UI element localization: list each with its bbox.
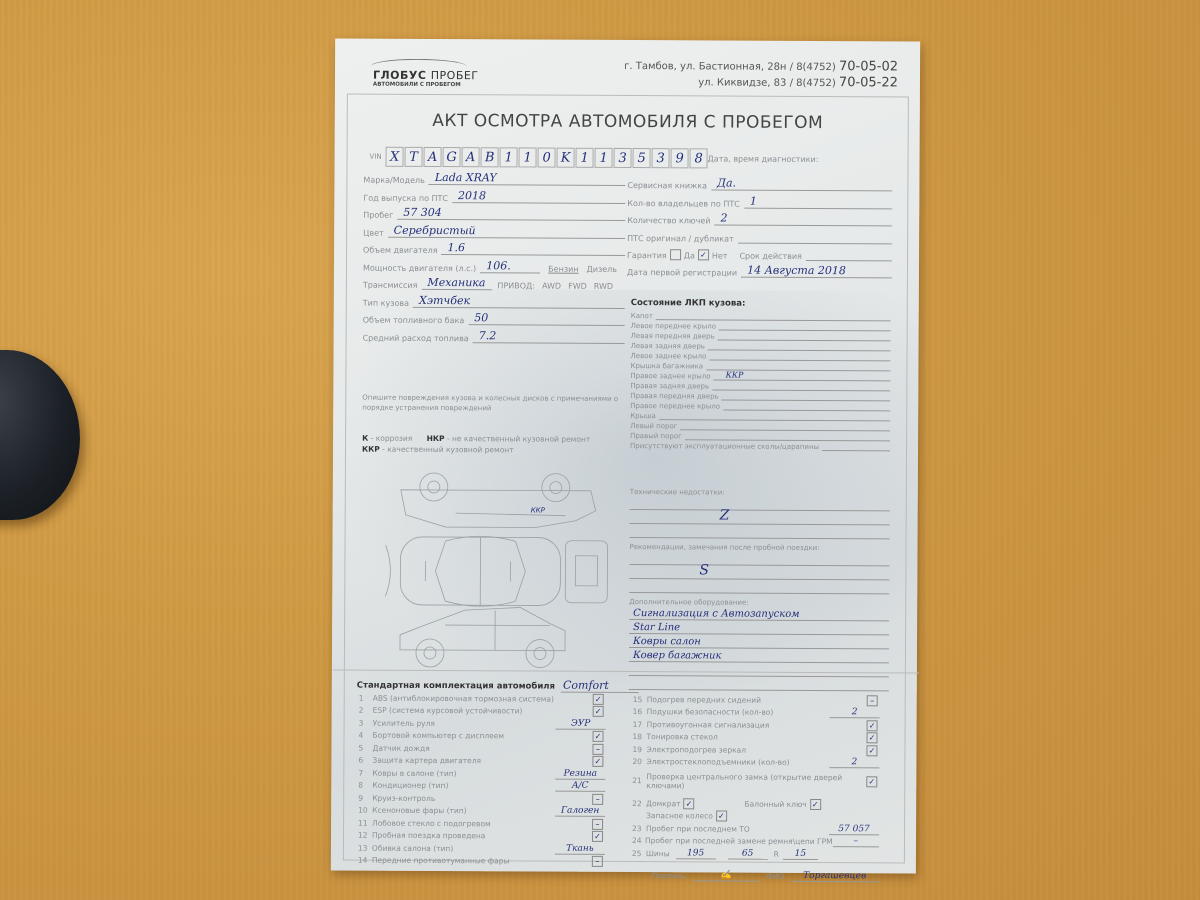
logo-name-bold: ГЛОБУС — [373, 69, 427, 82]
item-checkbox[interactable]: – — [592, 744, 603, 755]
item-label: Бортовой компьютер с дисплеем — [373, 731, 590, 741]
contact-phone-2: 70-05-22 — [839, 75, 898, 90]
item-label: ABS (антиблокировочная тормозная система… — [373, 693, 590, 703]
vehicle-info-right: Сервисная книжкаДа.Кол-во владельцев по … — [348, 95, 908, 98]
extra-equipment-line[interactable]: Сигнализация с Автозапуском — [629, 606, 889, 621]
field-value: 106. — [480, 259, 511, 272]
extra-equipment-line[interactable]: Star Line — [629, 620, 889, 635]
item-label: Передние противотуманные фары — [372, 856, 589, 866]
paint-item: Правое заднее крылоККР — [630, 370, 890, 381]
item-checkbox[interactable]: ✓ — [592, 831, 603, 842]
fio-label: ФИО — [767, 872, 785, 881]
item-value[interactable]: A/C — [555, 781, 605, 792]
tire-width[interactable]: 195 — [676, 848, 716, 859]
field-label: Марка/Модель — [363, 176, 424, 185]
field-label: Мощность двигателя (л.с.) — [363, 263, 476, 273]
form-frame: АКТ ОСМОТРА АВТОМОБИЛЯ С ПРОБЕГОМ VIN XT… — [343, 94, 909, 864]
warranty-row: ГарантияДа✓НетСрок действия — [627, 244, 892, 261]
contacts: г. Тамбов, ул. Бастионная, 28н / 8(4752)… — [624, 58, 898, 91]
field-input[interactable]: 2 — [714, 210, 892, 226]
logo-name-regular: ПРОБЕГ — [431, 69, 479, 82]
item-number: 22 — [632, 799, 646, 808]
field-input[interactable]: Да. — [711, 175, 892, 191]
field-value: 50 — [468, 311, 488, 324]
vin-char[interactable]: X — [386, 147, 404, 167]
field-row: ТрансмиссияМеханикаПРИВОД:AWDFWDRWD — [363, 274, 625, 291]
item-label: Тонировка стекол — [647, 732, 864, 742]
field-label: Средний расход топлива — [363, 333, 469, 343]
spare-wheel-label: Запасное колесо — [646, 811, 713, 820]
extra-equipment-line[interactable]: Ковер багажник — [629, 648, 889, 663]
field-value: Да. — [711, 176, 736, 189]
vin-char[interactable]: 1 — [595, 148, 613, 168]
extra-equipment: Дополнительное оборудование: Сигнализаци… — [629, 598, 889, 691]
vin-char[interactable]: A — [424, 147, 442, 167]
drive-label: ПРИВОД: — [497, 281, 535, 290]
tire-r-label: R — [774, 850, 779, 859]
warranty-term-input[interactable] — [806, 246, 892, 261]
recommendations-label: Рекомендации, замечания после пробной по… — [630, 543, 890, 552]
field-input[interactable]: Серебристый — [388, 222, 626, 238]
form-title: АКТ ОСМОТРА АВТОМОБИЛЯ С ПРОБЕГОМ — [348, 111, 908, 134]
vin-char[interactable]: 8 — [690, 148, 708, 168]
item-label: Усилитель руля — [373, 718, 556, 728]
warranty-no-checkbox[interactable]: ✓ — [698, 249, 709, 260]
item-number: 4 — [359, 731, 373, 740]
field-value: 7.2 — [473, 329, 497, 342]
paint-item-label: Крыша — [630, 412, 656, 420]
item-label: Пробег при последнем ТО — [646, 824, 829, 834]
field-label: Тип кузова — [363, 298, 409, 307]
standard-item: 21Проверка центрального замка (открытие … — [632, 768, 887, 794]
field-row: Год выпуска по ПТС2018 — [363, 186, 625, 203]
item-number: 6 — [358, 756, 372, 765]
item-number: 12 — [358, 831, 372, 840]
field-row: Мощность двигателя (л.с.)106.БензинДизел… — [363, 256, 625, 273]
warranty-term-label: Срок действия — [739, 252, 801, 261]
paint-item-label: Левая передняя дверь — [631, 332, 715, 340]
paint-item: Крыша — [630, 410, 890, 421]
standard-list-right: 15Подогрев передних сидений–16Подушки бе… — [632, 693, 888, 794]
paint-item-label: Правая задняя дверь — [630, 382, 709, 390]
field-label: Объем топливного бака — [363, 316, 465, 326]
item-checkbox[interactable]: ✓ — [592, 756, 603, 767]
item-number: 13 — [358, 843, 372, 852]
item-value[interactable]: 2 — [830, 707, 880, 718]
item-number: 3 — [359, 718, 373, 727]
field-label: Количество ключей — [627, 216, 710, 225]
vin-char[interactable]: G — [443, 147, 461, 167]
field-value: 2 — [714, 211, 727, 224]
field-value: Lada XRAY — [429, 171, 497, 184]
car-damage-diagram: ККР — [385, 465, 626, 676]
jack-checkbox[interactable]: ✓ — [684, 798, 695, 809]
warranty-label: Гарантия — [627, 251, 667, 260]
item-label: Проверка центрального замка (открытие дв… — [646, 772, 863, 791]
item-label: ESP (система курсовой устойчивости) — [373, 706, 590, 716]
wrench-label: Балонный ключ — [745, 799, 807, 808]
item-number: 14 — [358, 856, 372, 865]
spare-wheel-checkbox[interactable]: ✓ — [716, 811, 727, 822]
paint-item: Правая передняя дверь — [630, 390, 890, 401]
item-checkbox[interactable]: – — [592, 856, 603, 867]
technical-defects-value[interactable]: Z — [630, 510, 890, 525]
field-value: 2018 — [452, 189, 486, 202]
paint-item-input[interactable] — [685, 430, 890, 441]
item-number: 25 — [632, 849, 646, 858]
contact-address-1: г. Тамбов, ул. Бастионная, 28н / 8(4752) — [624, 61, 836, 73]
item-label: Обивка салона (тип) — [372, 843, 555, 853]
item-number: 8 — [358, 781, 372, 790]
item-label: Электростеклоподъемники (кол-во) — [646, 757, 829, 767]
paint-item-label: Правое переднее крыло — [630, 402, 720, 410]
paint-item-label: Капот — [631, 312, 653, 320]
item-label: Круиз-контроль — [372, 793, 589, 803]
field-label: ПТС оригинал / дубликат — [627, 234, 734, 244]
paint-item-label: Присутствуют эксплуатационные сколы/цара… — [630, 442, 819, 451]
item-label: Противоугонная сигнализация — [647, 720, 864, 730]
item-label: Подушки безопасности (кол-во) — [647, 707, 830, 717]
paint-item: Присутствуют эксплуатационные сколы/цара… — [630, 440, 890, 451]
first-registration-label: Дата первой регистрации — [627, 268, 737, 278]
standard-trim-value[interactable]: Comfort — [561, 679, 639, 693]
damage-note: Опишите повреждения кузова и колесных ди… — [362, 393, 624, 414]
item-number: 9 — [358, 793, 372, 802]
field-input[interactable]: 106. — [480, 258, 540, 273]
paint-item: Правая задняя дверь — [630, 380, 890, 391]
paint-item-label: Правый порог — [630, 432, 682, 440]
paint-item: Левая передняя дверь — [631, 330, 891, 341]
item-checkbox[interactable]: – — [867, 695, 878, 706]
vin-char[interactable]: 1 — [500, 147, 518, 167]
wrench-checkbox[interactable]: ✓ — [810, 799, 821, 810]
item-label: Ковры в салоне (тип) — [372, 768, 555, 778]
field-row: Кол-во владельцев по ПТС1 — [627, 192, 892, 209]
warranty-yes-checkbox[interactable] — [670, 249, 681, 260]
logo-subtitle: АВТОМОБИЛИ С ПРОБЕГОМ — [373, 82, 461, 88]
item-checkbox[interactable]: ✓ — [866, 745, 877, 756]
field-value: Хэтчбек — [413, 293, 470, 306]
field-value: Механика — [421, 276, 485, 289]
field-input[interactable]: 1.6 — [442, 240, 626, 256]
item-label: Кондиционер (тип) — [372, 781, 555, 791]
recommendations: Рекомендации, замечания после пробной по… — [629, 543, 889, 594]
item-label: Подогрев передних сидений — [647, 695, 864, 705]
item-number: 2 — [359, 706, 373, 715]
field-input[interactable]: Механика — [421, 275, 491, 290]
item-label: Ксеноновые фары (тип) — [372, 806, 555, 816]
item-checkbox[interactable]: ✓ — [866, 776, 877, 787]
field-input[interactable]: 2018 — [452, 188, 625, 204]
item-value[interactable]: Галоген — [555, 806, 605, 817]
field-row: Средний расход топлива7.2 — [363, 326, 625, 343]
item-value[interactable]: ЭУР — [556, 718, 606, 729]
vin-char[interactable]: 1 — [576, 148, 594, 168]
paint-item-label: Левое переднее крыло — [631, 322, 716, 330]
item-number: 23 — [632, 824, 646, 833]
item-label: Лобовое стекло с подогревом — [372, 818, 589, 828]
technical-defects: Технические недостатки: Z — [630, 488, 890, 539]
field-value: Серебристый — [388, 223, 476, 236]
paint-item: Правый порог — [630, 430, 890, 441]
vin-label: VIN — [370, 153, 382, 161]
item-number: 15 — [633, 695, 647, 704]
paint-item: Капот — [631, 310, 891, 321]
item-label: Электроподогрев зеркал — [646, 745, 863, 755]
paint-item: Левое переднее крыло — [631, 320, 891, 331]
recommendations-value[interactable]: S — [629, 565, 889, 580]
vin-char[interactable]: 9 — [671, 148, 689, 168]
jack-label: Домкрат — [646, 799, 680, 808]
paint-condition-list: КапотЛевое переднее крылоЛевая передняя … — [630, 310, 891, 451]
paint-item: Левый порог — [630, 420, 890, 431]
item-number: 11 — [358, 818, 372, 827]
vin-row: VIN XTAGAB110K1135398 — [370, 147, 709, 169]
vin-char[interactable]: B — [481, 147, 499, 167]
item-number: 16 — [633, 707, 647, 716]
field-value: 1 — [744, 194, 757, 207]
item-number: 21 — [632, 776, 646, 785]
first-registration-input[interactable]: 14 Августа 2018 — [741, 263, 892, 279]
item-label: Пробная поездка проведена — [372, 831, 589, 841]
drive-option[interactable]: RWD — [594, 282, 613, 291]
field-input[interactable] — [738, 228, 893, 244]
paint-item: Левое заднее крыло — [631, 350, 891, 361]
first-registration-row: Дата первой регистрации14 Августа 2018 — [627, 261, 892, 278]
paint-item-label: Крышка багажника — [630, 362, 703, 370]
standard-title: Стандартная комплектация автомобиля — [357, 681, 555, 692]
item-number: 5 — [358, 743, 372, 752]
vin-char[interactable]: K — [557, 148, 575, 168]
field-label: Пробег — [363, 211, 393, 220]
item-number: 20 — [632, 757, 646, 766]
item-value[interactable]: – — [833, 836, 879, 847]
warranty-yes-label: Да — [684, 251, 695, 260]
tire-profile[interactable]: 65 — [728, 848, 768, 859]
paint-item-label: Правое заднее крыло — [630, 372, 710, 380]
field-input[interactable]: Lada XRAY — [429, 170, 626, 186]
field-row: ЦветСеребристый — [363, 221, 625, 238]
item-number: 18 — [633, 732, 647, 741]
field-label: Год выпуска по ПТС — [363, 193, 448, 202]
fuel-option[interactable]: Дизель — [587, 264, 617, 273]
svg-text:ККР: ККР — [531, 507, 546, 515]
field-row: Количество ключей2 — [627, 209, 892, 226]
item-number: 17 — [633, 720, 647, 729]
tire-radius[interactable]: 15 — [783, 849, 818, 860]
paint-condition-title: Состояние ЛКП кузова: — [631, 298, 746, 309]
item-checkbox[interactable]: ✓ — [593, 731, 604, 742]
vin-char[interactable]: 1 — [519, 147, 537, 167]
vin-char[interactable]: A — [462, 147, 480, 167]
standard-item: 14Передние противотуманные фары– — [358, 854, 613, 868]
field-input[interactable]: 1 — [744, 193, 893, 209]
fio-field[interactable]: Торгашевцев — [791, 871, 879, 882]
item-number: 7 — [358, 768, 372, 777]
paint-item-label: Левое заднее крыло — [631, 352, 707, 360]
item-value[interactable]: Резина — [555, 768, 605, 779]
item-value[interactable]: Ткань — [555, 843, 605, 854]
signature-field[interactable]: ✍ — [694, 871, 759, 882]
field-label: Кол-во владельцев по ПТС — [627, 199, 740, 209]
inspection-form: ГЛОБУС ПРОБЕГ АВТОМОБИЛИ С ПРОБЕГОМ г. Т… — [331, 38, 920, 873]
legend: К - коррозия НКР - не качественный кузов… — [362, 433, 624, 456]
fuel-option[interactable]: Бензин — [548, 264, 578, 273]
item-checkbox[interactable]: – — [592, 794, 603, 805]
paint-item-input[interactable] — [822, 441, 890, 451]
field-row: Марка/МодельLada XRAY — [363, 169, 625, 186]
field-row: ПТС оригинал / дубликат — [627, 227, 892, 244]
field-input[interactable]: 50 — [468, 310, 625, 326]
item-checkbox[interactable]: ✓ — [593, 706, 604, 717]
standard-list-left: 1ABS (антиблокировочная тормозная систем… — [358, 692, 614, 868]
vin-char[interactable]: 3 — [652, 148, 670, 168]
vehicle-info-left: Марка/МодельLada XRAYГод выпуска по ПТС2… — [348, 95, 908, 98]
signature-label: Подпись — [652, 871, 686, 880]
field-label: Цвет — [363, 228, 384, 237]
first-registration-value: 14 Августа 2018 — [741, 264, 846, 278]
vin-char[interactable]: 0 — [538, 148, 556, 168]
drive-option[interactable]: FWD — [568, 282, 587, 291]
field-label: Объем двигателя — [363, 246, 437, 255]
paint-item-input[interactable] — [656, 310, 891, 321]
vin-char[interactable]: T — [405, 147, 423, 167]
item-number: 24 — [632, 836, 645, 845]
item-checkbox[interactable]: ✓ — [866, 733, 877, 744]
tires-label: Шины — [646, 849, 670, 858]
paint-item: Левая задняя дверь — [631, 340, 891, 351]
warranty-no-label: Нет — [712, 251, 728, 260]
paint-item-label: Правая передняя дверь — [630, 392, 718, 400]
extra-equipment-line[interactable]: Ковры салон — [629, 634, 889, 649]
field-input[interactable]: 7.2 — [473, 328, 625, 344]
paint-item-label: Левый порог — [630, 422, 677, 430]
item-checkbox[interactable]: – — [592, 819, 603, 830]
item-number: 10 — [358, 806, 372, 815]
contact-address-2: ул. Киквидзе, 83 / 8(4752) — [698, 77, 836, 89]
item-label: Пробег при последней замене ремня\цепи Г… — [645, 836, 833, 846]
item-label: Датчик дождя — [372, 743, 589, 753]
field-row: Объем двигателя1.6 — [363, 239, 625, 256]
field-row: Объем топливного бака50 — [363, 309, 625, 326]
item-number: 19 — [632, 745, 646, 754]
item-checkbox[interactable]: ✓ — [593, 694, 604, 705]
diagnostic-date-label: Дата, время диагностики: — [708, 154, 819, 164]
item-25-tires-row: 25Шины19565R15 — [632, 847, 887, 861]
item-value[interactable]: 57 057 — [829, 824, 879, 835]
company-logo: ГЛОБУС ПРОБЕГ АВТОМОБИЛИ С ПРОБЕГОМ — [365, 59, 475, 92]
field-value: 1.6 — [442, 241, 466, 254]
signature-row: Подпись✍ФИОТоргашевцев — [632, 870, 887, 884]
field-value: 57 304 — [397, 206, 442, 219]
field-row: Тип кузоваХэтчбек — [363, 291, 625, 308]
vin-cells: XTAGAB110K1135398 — [386, 147, 709, 169]
field-label: Сервисная книжка — [627, 181, 707, 190]
field-row: Пробег57 304 — [363, 204, 625, 221]
item-label: Защита картера двигателя — [372, 756, 589, 766]
field-input[interactable]: 57 304 — [397, 205, 625, 221]
drive-option[interactable]: AWD — [542, 282, 561, 291]
item-number: 1 — [359, 693, 373, 702]
item-checkbox[interactable]: ✓ — [867, 720, 878, 731]
field-input[interactable]: Хэтчбек — [413, 292, 625, 308]
paint-item: Крышка багажника — [630, 360, 890, 371]
item-value[interactable]: 2 — [829, 757, 879, 768]
contact-phone-1: 70-05-02 — [839, 59, 898, 74]
vin-char[interactable]: 3 — [614, 148, 632, 168]
field-label: Трансмиссия — [363, 281, 418, 290]
vin-char[interactable]: 5 — [633, 148, 651, 168]
paint-item-label: Левая задняя дверь — [631, 342, 705, 350]
field-row: Сервисная книжкаДа. — [627, 174, 892, 191]
